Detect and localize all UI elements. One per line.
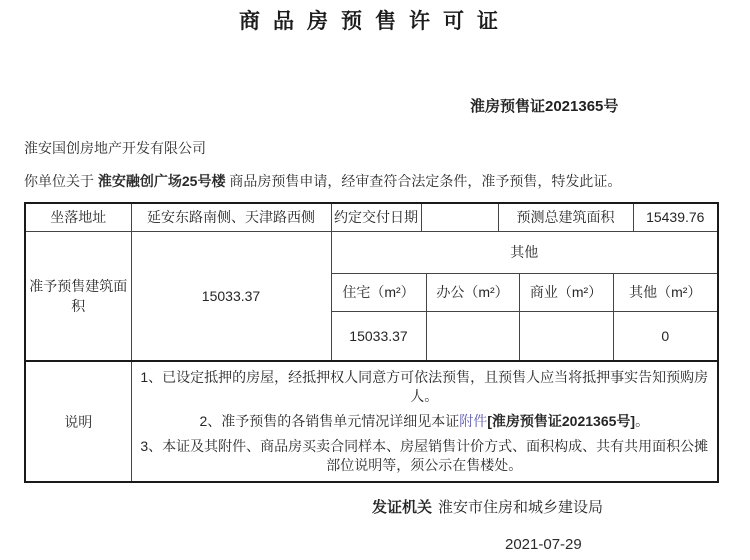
issuing-authority-name: 淮安市住房和城乡建设局 [438, 499, 603, 516]
value-residential: 15033.37 [331, 311, 426, 361]
table-row: 准予预售建筑面积 15033.37 其他 [25, 231, 718, 273]
issuing-authority-label: 发证机关 [372, 499, 432, 516]
delivery-date-value [421, 203, 498, 231]
column-header-residential: 住宅（m²） [331, 273, 426, 311]
delivery-date-label: 约定交付日期 [331, 203, 421, 231]
other-section-header: 其他 [331, 231, 718, 273]
note-item-1: 1、已设定抵押的房屋，经抵押权人同意方可依法预售，且预售人应当将抵押事实告知预购… [134, 368, 716, 406]
document-title: 商品房预售许可证 [0, 5, 750, 35]
notes-label: 说明 [25, 361, 131, 482]
approval-statement-suffix: 商品房预售申请，经审查符合法定条件，准予预售，特发此证。 [225, 173, 621, 189]
value-other: 0 [613, 311, 718, 361]
note-item-2: 2、准予预售的各销售单元情况详细见本证附件[淮房预售证2021365号]。 [134, 412, 716, 431]
approved-area-total: 15033.37 [131, 231, 331, 361]
column-header-commercial: 商业（m²） [519, 273, 613, 311]
permit-details-table: 坐落地址 延安东路南侧、天津路西侧 约定交付日期 预测总建筑面积 15439.7… [24, 202, 719, 483]
certificate-number: 淮房预售证2021365号 [470, 95, 618, 116]
value-commercial [519, 311, 613, 361]
presale-permit-document: 商品房预售许可证 淮房预售证2021365号 淮安国创房地产开发有限公司 你单位… [0, 0, 750, 560]
approval-statement: 你单位关于 淮安融创广场25号楼 商品房预售申请，经审查符合法定条件，准予预售，… [24, 171, 621, 191]
table-row: 坐落地址 延安东路南侧、天津路西侧 约定交付日期 预测总建筑面积 15439.7… [25, 203, 718, 231]
note-item-2-prefix: 2、准予预售的各销售单元情况详细见本证 [199, 413, 459, 429]
table-row: 说明 1、已设定抵押的房屋，经抵押权人同意方可依法预售，且预售人应当将抵押事实告… [25, 361, 718, 482]
note-item-2-suffix: 。 [635, 413, 649, 429]
total-area-value: 15439.76 [633, 203, 718, 231]
issuing-authority: 发证机关淮安市住房和城乡建设局 [372, 496, 603, 517]
attachment-link[interactable]: 附件 [459, 413, 487, 429]
approved-area-label: 准予预售建筑面积 [25, 231, 131, 361]
approval-statement-prefix: 你单位关于 [24, 173, 98, 189]
column-header-other: 其他（m²） [613, 273, 718, 311]
total-area-label: 预测总建筑面积 [498, 203, 633, 231]
value-office [426, 311, 519, 361]
developer-company-name: 淮安国创房地产开发有限公司 [24, 138, 206, 158]
issue-date: 2021-07-29 [505, 536, 582, 553]
project-name: 淮安融创广场25号楼 [98, 173, 226, 189]
notes-content: 1、已设定抵押的房屋，经抵押权人同意方可依法预售，且预售人应当将抵押事实告知预购… [131, 361, 718, 482]
note-item-2-cert-ref: [淮房预售证2021365号] [487, 413, 635, 429]
note-item-3: 3、本证及其附件、商品房买卖合同样本、房屋销售计价方式、面积构成、共有共用面积公… [134, 437, 716, 475]
column-header-office: 办公（m²） [426, 273, 519, 311]
address-label: 坐落地址 [25, 203, 131, 231]
address-value: 延安东路南侧、天津路西侧 [131, 203, 331, 231]
